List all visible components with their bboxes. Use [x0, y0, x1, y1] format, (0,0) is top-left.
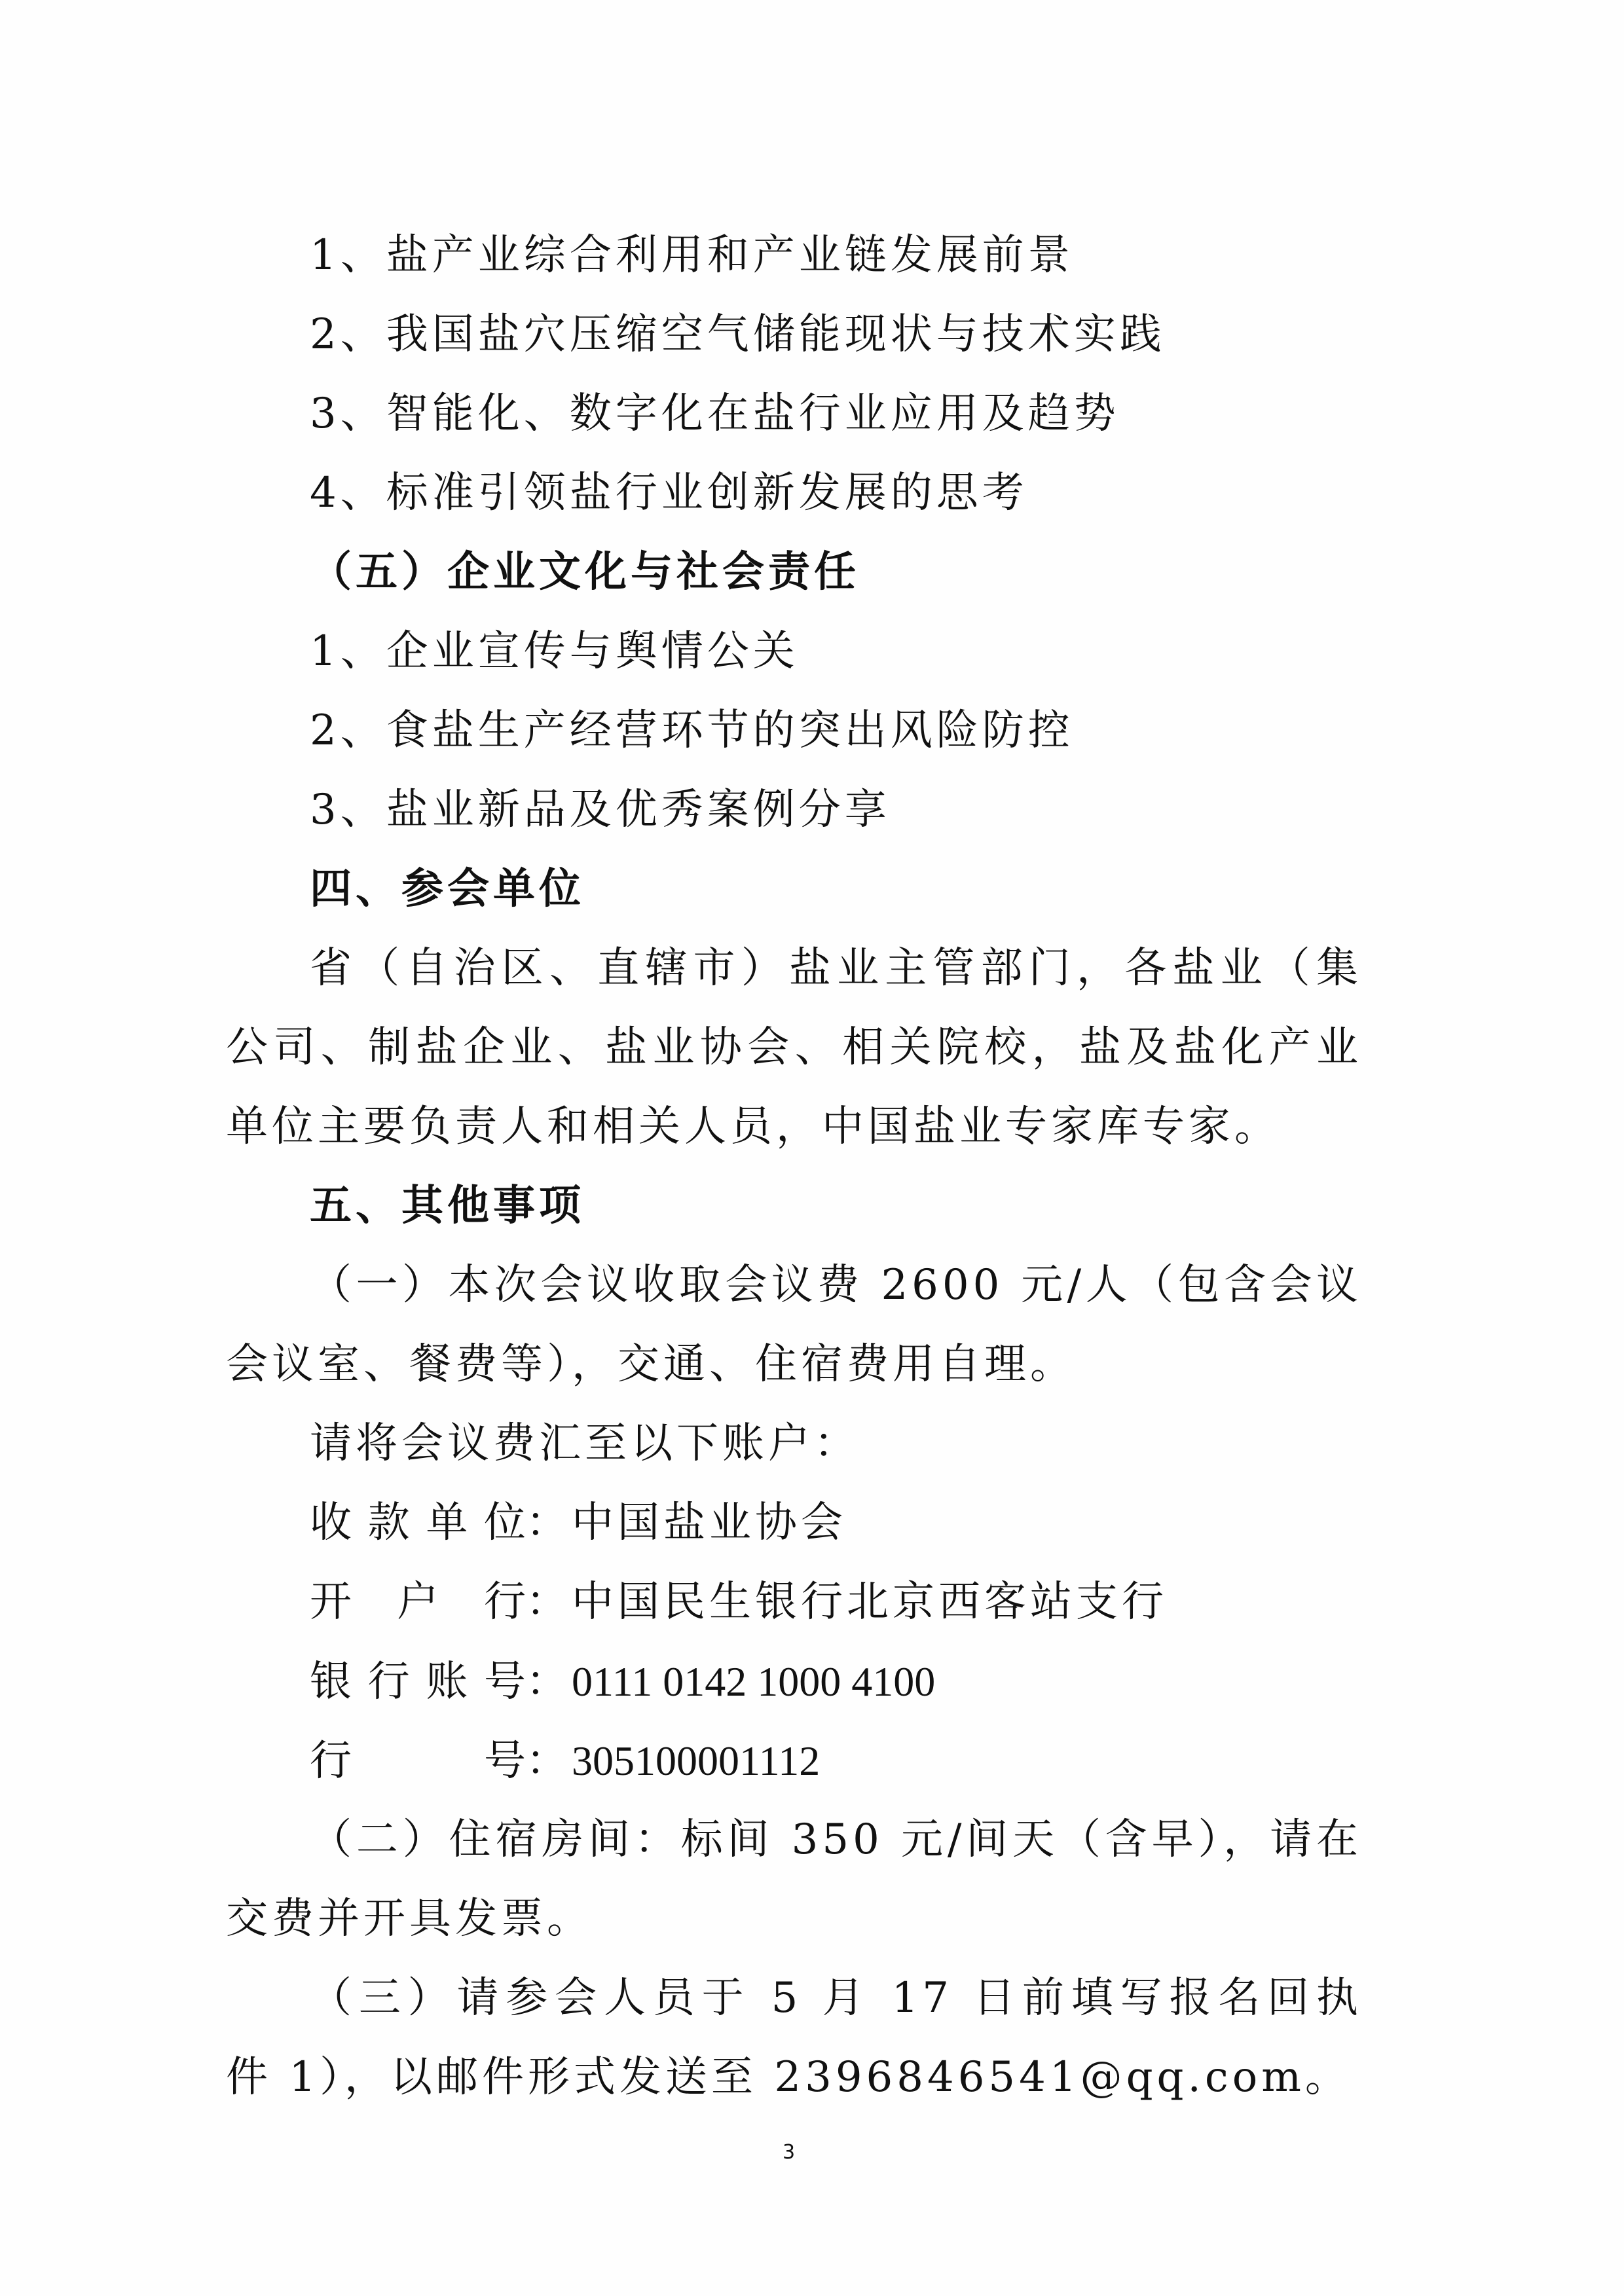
colon: ： [526, 1658, 572, 1706]
topic-item: 2、我国盐穴压缩空气储能现状与技术实践 [226, 295, 1362, 374]
paragraph-line: （二）住宿房间：标间 350 元/间天（含早），请在前台 [226, 1800, 1362, 1880]
paragraph-line: 件 1），以邮件形式发送至 2396846541@qq.com。 [226, 2038, 1362, 2117]
page-number: 3 [783, 2141, 795, 2164]
topic-item: 3、智能化、数字化在盐行业应用及趋势 [226, 374, 1362, 454]
document-body: 1、盐产业综合利用和产业链发展前景 2、我国盐穴压缩空气储能现状与技术实践 3、… [226, 216, 1362, 2117]
paragraph-line: 单位主要负责人和相关人员，中国盐业专家库专家。 [226, 1087, 1362, 1167]
paragraph-line: （一）本次会议收取会议费 2600 元/人（包含会议材料、 [226, 1246, 1362, 1325]
document-page: 1、盐产业综合利用和产业链发展前景 2、我国盐穴压缩空气储能现状与技术实践 3、… [0, 0, 1624, 2296]
paragraph-line: 会议室、餐费等），交通、住宿费用自理。 [226, 1325, 1362, 1404]
account-row-bank: 开 户 行：中国民生银行北京西客站支行 [226, 1563, 1362, 1642]
bank-value: 中国民生银行北京西客站支行 [572, 1578, 1168, 1626]
bank-code-value: 305100001112 [572, 1738, 820, 1784]
paragraph-line: 省（自治区、直辖市）盐业主管部门，各盐业（集团） [226, 929, 1362, 1008]
colon: ： [526, 1578, 572, 1626]
account-row-number: 银行账号：0111 0142 1000 4100 [226, 1642, 1362, 1721]
colon: ： [526, 1499, 572, 1547]
colon: ： [526, 1737, 572, 1785]
paragraph-line: 交费并开具发票。 [226, 1880, 1362, 1959]
bank-label: 开 户 行 [310, 1563, 526, 1642]
account-number-value: 0111 0142 1000 4100 [572, 1658, 935, 1705]
topic-item: 2、食盐生产经营环节的突出风险防控 [226, 691, 1362, 771]
paragraph-line: 公司、制盐企业、盐业协会、相关院校，盐及盐化产业相关 [226, 1008, 1362, 1087]
section-heading-other: 五、其他事项 [226, 1167, 1362, 1246]
payee-value: 中国盐业协会 [572, 1499, 847, 1547]
topic-item: 3、盐业新品及优秀案例分享 [226, 771, 1362, 850]
topic-item: 1、盐产业综合利用和产业链发展前景 [226, 216, 1362, 295]
subsection-heading: （五）企业文化与社会责任 [226, 533, 1362, 612]
payee-label: 收款单位 [310, 1484, 526, 1563]
account-row-payee: 收款单位：中国盐业协会 [226, 1484, 1362, 1563]
section-heading-participants: 四、参会单位 [226, 850, 1362, 929]
topic-item: 4、标准引领盐行业创新发展的思考 [226, 454, 1362, 533]
topic-item: 1、企业宣传与舆情公关 [226, 612, 1362, 691]
account-number-label: 银行账号 [310, 1643, 526, 1722]
account-row-bank-code: 行 号：305100001112 [226, 1721, 1362, 1800]
remit-intro: 请将会议费汇至以下账户： [226, 1404, 1362, 1484]
bank-code-label: 行 号 [310, 1722, 526, 1801]
paragraph-line: （三）请参会人员于 5 月 17 日前填写报名回执（见附 [226, 1959, 1362, 2038]
